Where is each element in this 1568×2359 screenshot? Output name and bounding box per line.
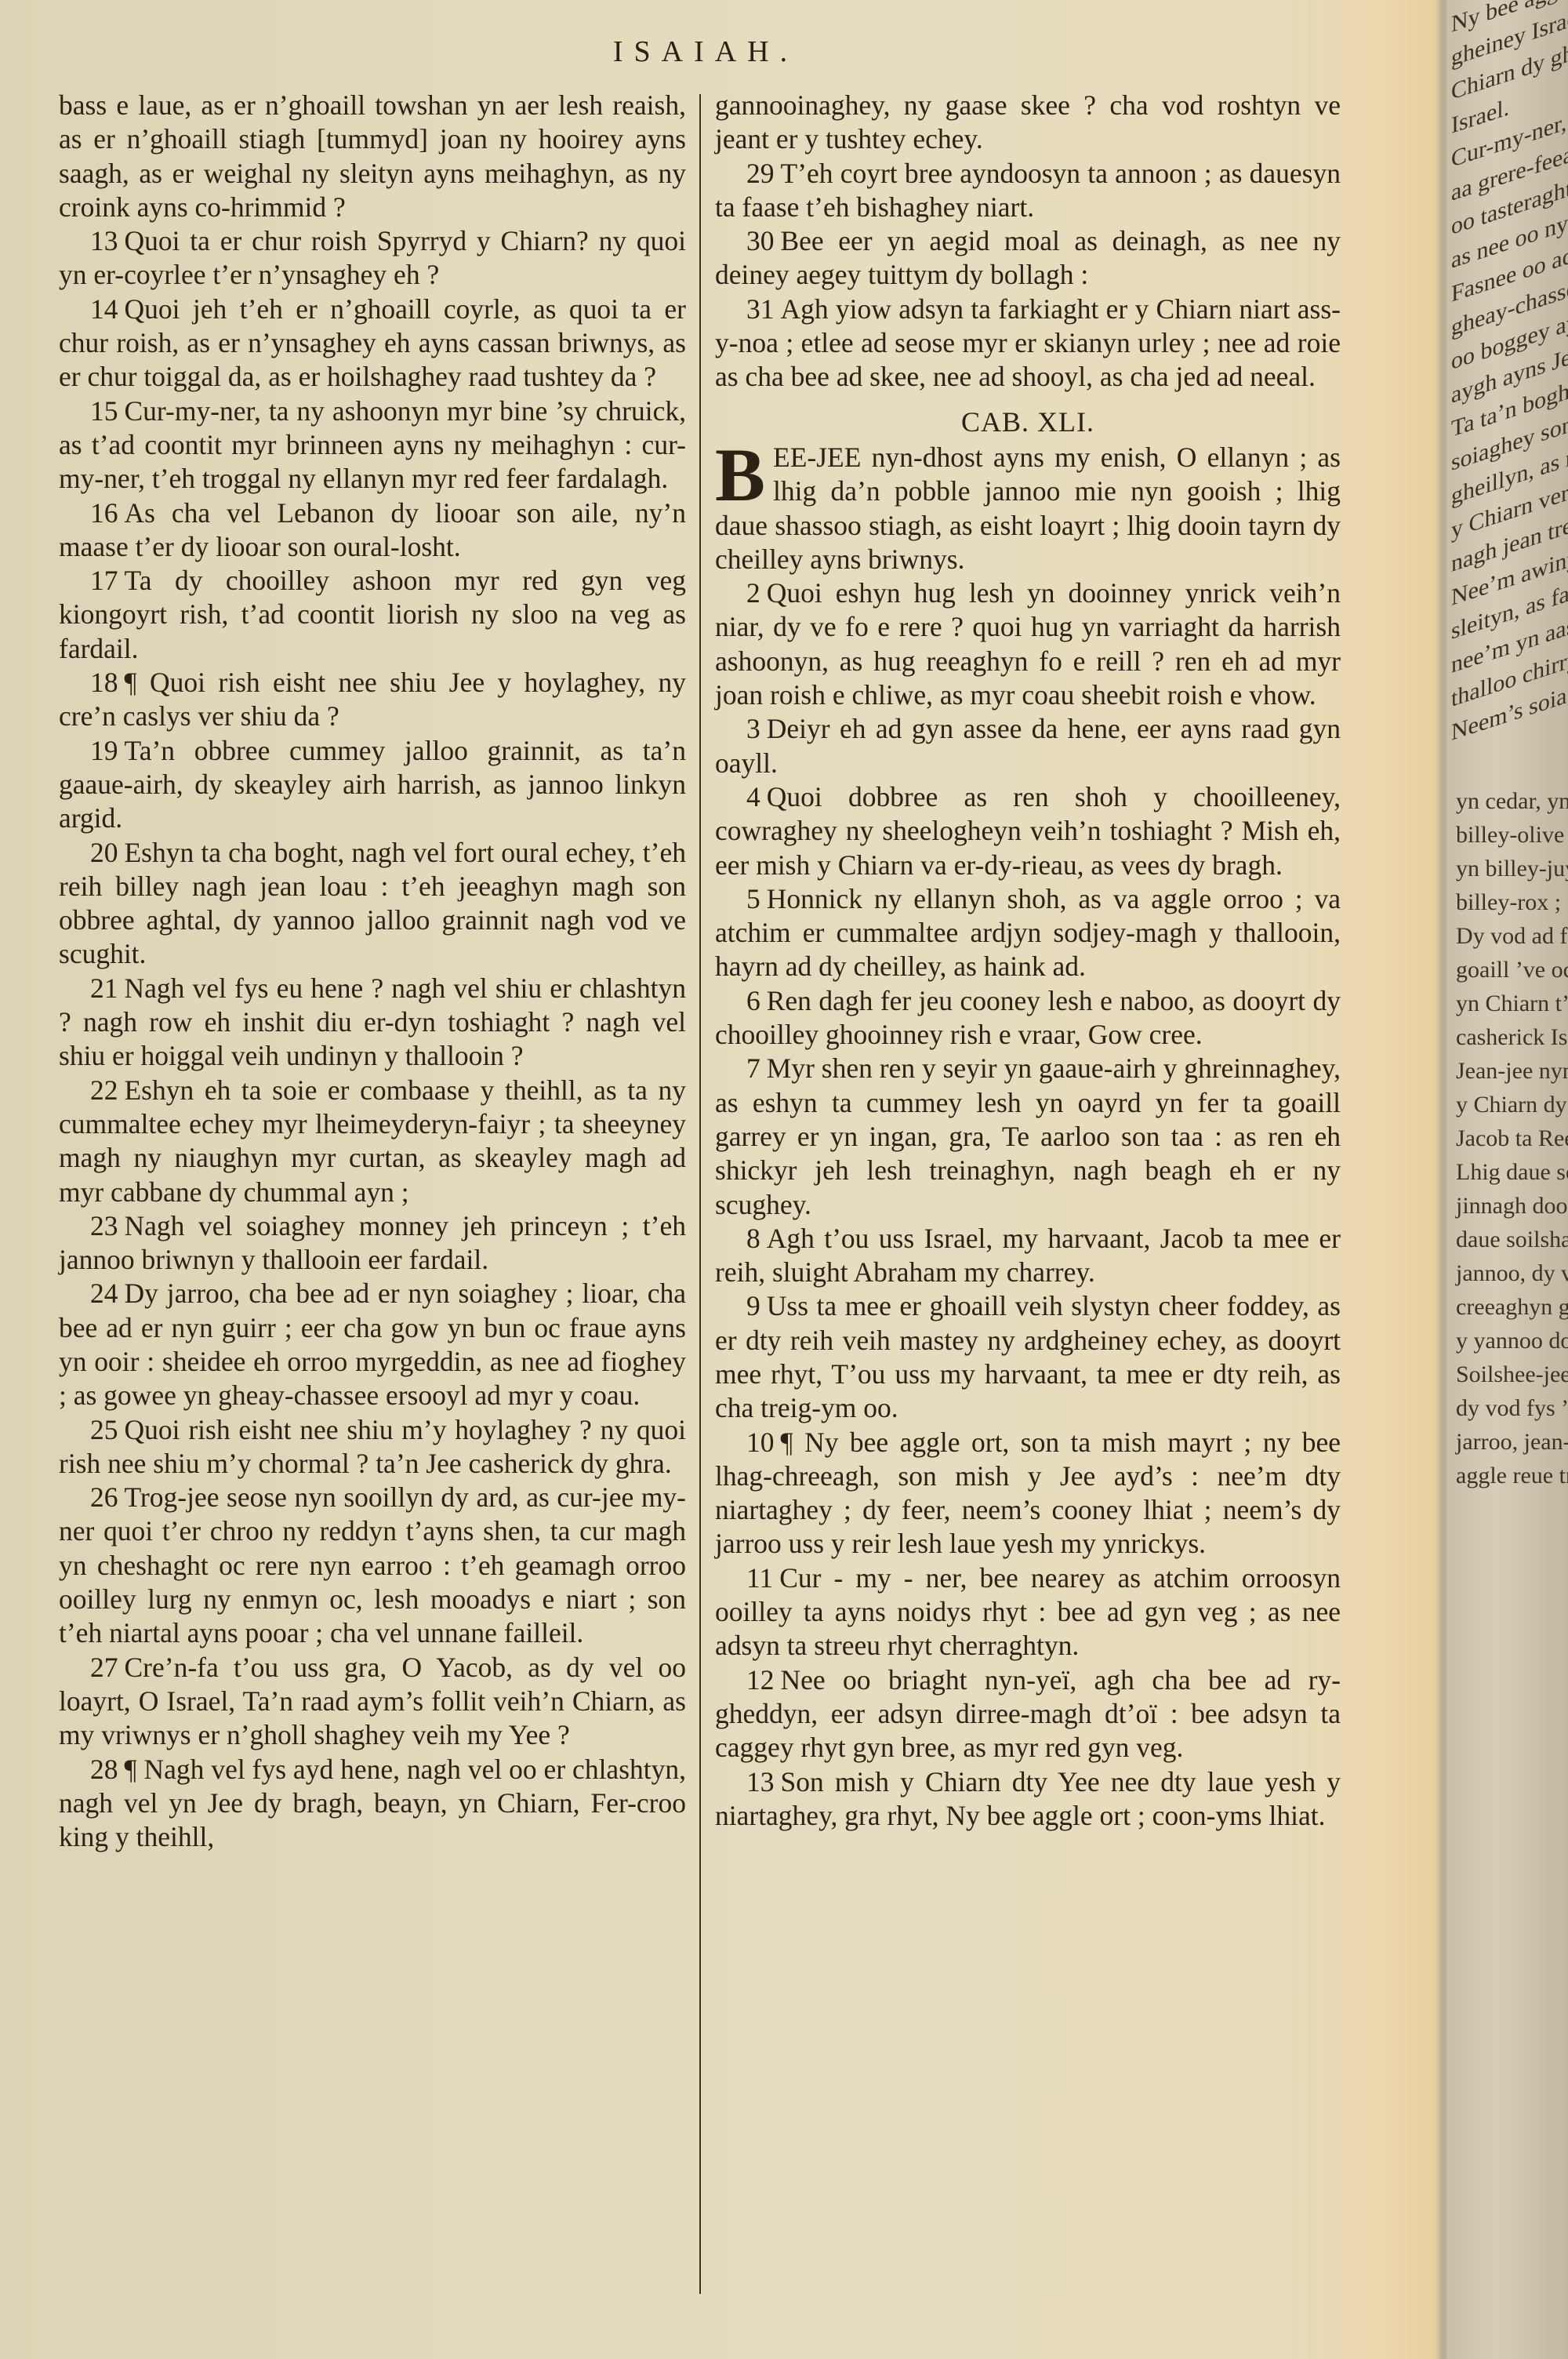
verse: 13Quoi ta er chur roish Spyrryd y Chiarn… [59,224,686,293]
next-page-line: billey-olive ; nee’m s [1456,818,1568,852]
verse-number: 13 [90,225,118,256]
verse-number: 4 [746,781,760,812]
verse-number: 21 [90,972,118,1004]
verse-text: bass e laue, as er n’ghoaill towshan yn … [59,89,686,223]
verse-text: Quoi rish eisht nee shiu m’y hoylaghey ?… [59,1414,686,1479]
right-column-before-chapter: gannooinaghey, ny gaase skee ? cha vod r… [715,89,1341,394]
verse-text: Nagh vel soiaghey monney jeh princeyn ; … [59,1210,686,1275]
next-page-line: Lhig daue soiagh [1456,1155,1568,1189]
next-page-line: Jean-jee nyn go [1456,1054,1568,1088]
verse-text: Honnick ny ellanyn shoh, as va aggle orr… [715,883,1341,983]
verse-text: Quoi rish eisht nee shiu Jee y hoylaghey… [59,667,686,732]
verse: 11Cur - my - ner, bee nearey as atchim o… [715,1561,1341,1663]
verse-number: 16 [90,497,118,529]
next-page-line: dy vod fys ’ve a [1456,1391,1568,1425]
verse-number: 22 [90,1074,118,1106]
verse-number: 27 [90,1652,118,1683]
running-head: ISAIAH. [549,35,862,69]
next-page-line: goaill ’ve oc, as goaill g [1456,953,1568,987]
verse: 23Nagh vel soiaghey monney jeh princeyn … [59,1209,686,1278]
verse: 26Trog-jee seose nyn sooillyn dy ard, as… [59,1481,686,1650]
verse-text: T’eh coyrt bree ayndoosyn ta annoon ; as… [715,158,1341,223]
verse: 9Uss ta mee er ghoaill veih slystyn chee… [715,1289,1341,1425]
verse: 7Myr shen ren y seyir yn gaaue-airh y gh… [715,1052,1341,1221]
verse-number: 24 [90,1278,118,1309]
next-page-lower-text: yn cedar, yn billeybilley-olive ; nee’m … [1456,784,1568,1492]
verse-text: Ny bee aggle ort, son ta mish mayrt ; ny… [715,1427,1341,1560]
verse: 19Ta’n obbree cummey jalloo grainnit, as… [59,734,686,836]
right-column-after-chapter: 2Quoi eshyn hug lesh yn dooinney ynrick … [715,576,1341,1833]
verse-number: 9 [746,1290,760,1321]
verse: 18¶ Quoi rish eisht nee shiu Jee y hoyla… [59,666,686,734]
drop-cap: B [715,444,765,507]
pilcrow-icon: ¶ [125,1754,144,1785]
verse: 2Quoi eshyn hug lesh yn dooinney ynrick … [715,576,1341,712]
verse-text: Cur-my-ner, ta ny ashoonyn myr bine ’sy … [59,395,686,495]
verse-text: Eshyn ta cha boght, nagh vel fort oural … [59,837,686,970]
verse: 15Cur-my-ner, ta ny ashoonyn myr bine ’s… [59,394,686,496]
verse-number: 26 [90,1481,118,1513]
verse-text: Nagh vel fys ayd hene, nagh vel oo er ch… [59,1754,686,1853]
verse-text: Quoi dobbree as ren shoh y chooilleeney,… [715,781,1341,881]
verse-text: Dy jarroo, cha bee ad er nyn soiaghey ; … [59,1278,686,1411]
verse: 20Eshyn ta cha boght, nagh vel fort oura… [59,836,686,972]
verse-number: 29 [746,158,775,189]
next-page-line: daue soilshaghey [1456,1223,1568,1256]
verse-text: Agh t’ou uss Israel, my harvaant, Jacob … [715,1223,1341,1288]
verse-text: Quoi eshyn hug lesh yn dooinney ynrick v… [715,577,1341,711]
column-divider [699,94,701,2294]
verse-number: 5 [746,883,760,914]
verse: 10¶ Ny bee aggle ort, son ta mish mayrt … [715,1426,1341,1561]
verse-number: 14 [90,293,118,325]
next-page-line: Soilshee-jee cre [1456,1358,1568,1391]
next-page-line: billey-rox ; [1456,885,1568,919]
verse-number: 11 [746,1562,773,1594]
verse-number: 6 [746,985,760,1016]
verse-text: Cur - my - ner, bee nearey as atchim orr… [715,1562,1341,1662]
verse: 25Quoi rish eisht nee shiu m’y hoylaghey… [59,1413,686,1481]
right-column: gannooinaghey, ny gaase skee ? cha vod r… [715,89,1341,1833]
next-page-line: jarroo, jean-jee n [1456,1425,1568,1459]
verse: 13Son mish y Chiarn dty Yee nee dty laue… [715,1765,1341,1834]
verse-number: 28 [90,1754,118,1785]
left-column: bass e laue, as er n’ghoaill towshan yn … [59,89,686,1854]
next-page-line: yn cedar, yn billey [1456,784,1568,818]
verse: 12Nee oo briaght nyn-yeï, agh cha bee ad… [715,1663,1341,1765]
verse-number: 8 [746,1223,760,1254]
verse-text: Quoi ta er chur roish Spyrryd y Chiarn? … [59,225,686,290]
verse-number: 20 [90,837,118,868]
next-page-line: y Chiarn dy ghra ; [1456,1088,1568,1121]
next-page-line: y yannoo dooi [1456,1324,1568,1358]
verse-text: Son mish y Chiarn dty Yee nee dty laue y… [715,1766,1341,1831]
verse: 17Ta dy chooilley ashoon myr red gyn veg… [59,564,686,666]
verse: 28¶ Nagh vel fys ayd hene, nagh vel oo e… [59,1753,686,1855]
verse-text: Nee oo briaght nyn-yeï, agh cha bee ad r… [715,1664,1341,1764]
verse-number: 10 [746,1427,775,1458]
chapter-title: CAB. XLI. [715,405,1341,439]
verse-text: Agh yiow adsyn ta farkiaght er y Chiarn … [715,293,1341,393]
chapter-first-verse: BEE-JEE nyn-dhost ayns my enish, O ellan… [715,441,1341,576]
verse: 3Deiyr eh ad gyn assee da hene, eer ayns… [715,712,1341,780]
verse-text: Myr shen ren y seyir yn gaaue-airh y ghr… [715,1052,1341,1219]
verse-continuation: gannooinaghey, ny gaase skee ? cha vod r… [715,89,1341,157]
verse: 27Cre’n-fa t’ou uss gra, O Yacob, as dy … [59,1651,686,1753]
verse-text: Bee eer yn aegid moal as deinagh, as nee… [715,225,1341,290]
verse-number: 31 [746,293,775,325]
verse-number: 25 [90,1414,118,1445]
verse: 21Nagh vel fys eu hene ? nagh vel shiu e… [59,972,686,1074]
next-page-upper-text: Ny bee agglegheiney Israel;Chiarn dy ghr… [1451,0,1568,750]
verse: 4Quoi dobbree as ren shoh y chooilleeney… [715,780,1341,882]
verse-number: 18 [90,667,118,698]
verse-number: 13 [746,1766,775,1797]
next-page-line: Dy vod ad fakin, [1456,919,1568,953]
verse: 29T’eh coyrt bree ayndoosyn ta annoon ; … [715,157,1341,225]
verse-number: 15 [90,395,118,427]
verse-number: 30 [746,225,775,256]
book-page: ISAIAH. bass e laue, as er n’ghoaill tow… [0,0,1443,2359]
next-page-line: creeaghyn gy-kione ; er [1456,1290,1568,1324]
verse: 14Quoi jeh t’eh er n’ghoaill coyrle, as … [59,293,686,394]
first-verse-text: EE-JEE nyn-dhost ayns my enish, O ellany… [715,442,1341,575]
verse: 30Bee eer yn aegid moal as deinagh, as n… [715,224,1341,293]
verse: 31Agh yiow adsyn ta farkiaght er y Chiar… [715,293,1341,394]
next-page-line: yn billey-juys, as y [1456,852,1568,885]
pilcrow-icon: ¶ [125,667,151,698]
next-page-line: jannoo, dy vod [1456,1256,1568,1290]
verse-text: Deiyr eh ad gyn assee da hene, eer ayns … [715,713,1341,778]
verse-number: 17 [90,565,118,596]
next-page-curl: Ny bee agglegheiney Israel;Chiarn dy ghr… [1446,0,1568,2359]
verse-number: 2 [746,577,760,609]
verse-text: Quoi jeh t’eh er n’ghoaill coyrle, as qu… [59,293,686,393]
verse: 8Agh t’ou uss Israel, my harvaant, Jacob… [715,1222,1341,1290]
verse-number: 12 [746,1664,775,1696]
verse-number: 19 [90,735,118,766]
next-page-line: jinnagh dooin cr [1456,1189,1568,1223]
next-page-line: yn Chiarn t’er n’ya [1456,987,1568,1020]
verse-text: gannooinaghey, ny gaase skee ? cha vod r… [715,89,1341,154]
verse-text: Trog-jee seose nyn sooillyn dy ard, as c… [59,1481,686,1648]
verse: 16As cha vel Lebanon dy liooar son aile,… [59,496,686,565]
verse-text: Eshyn eh ta soie er combaase y theihll, … [59,1074,686,1208]
verse: 5Honnick ny ellanyn shoh, as va aggle or… [715,882,1341,984]
verse-text: As cha vel Lebanon dy liooar son aile, n… [59,497,686,562]
verse-text: Nagh vel fys eu hene ? nagh vel shiu er … [59,972,686,1072]
pilcrow-icon: ¶ [781,1427,805,1458]
verse-text: Ta dy chooilley ashoon myr red gyn veg k… [59,565,686,664]
verse: 6Ren dagh fer jeu cooney lesh e naboo, a… [715,984,1341,1052]
verse-number: 3 [746,713,760,744]
verse-text: Uss ta mee er ghoaill veih slystyn cheer… [715,1290,1341,1423]
verse-continuation: bass e laue, as er n’ghoaill towshan yn … [59,89,686,224]
next-page-line: aggle reue tra [1456,1459,1568,1492]
verse-text: Ta’n obbree cummey jalloo grainnit, as t… [59,735,686,834]
next-page-line: Jacob ta Ree Y [1456,1121,1568,1155]
next-page-line: casherick Israel t’er [1456,1020,1568,1054]
verse-text: Ren dagh fer jeu cooney lesh e naboo, as… [715,985,1341,1050]
verse: 22Eshyn eh ta soie er combaase y theihll… [59,1074,686,1209]
verse-number: 23 [90,1210,118,1241]
verse-text: Cre’n-fa t’ou uss gra, O Yacob, as dy ve… [59,1652,686,1751]
verse-number: 7 [746,1052,760,1084]
verse: 24Dy jarroo, cha bee ad er nyn soiaghey … [59,1277,686,1412]
